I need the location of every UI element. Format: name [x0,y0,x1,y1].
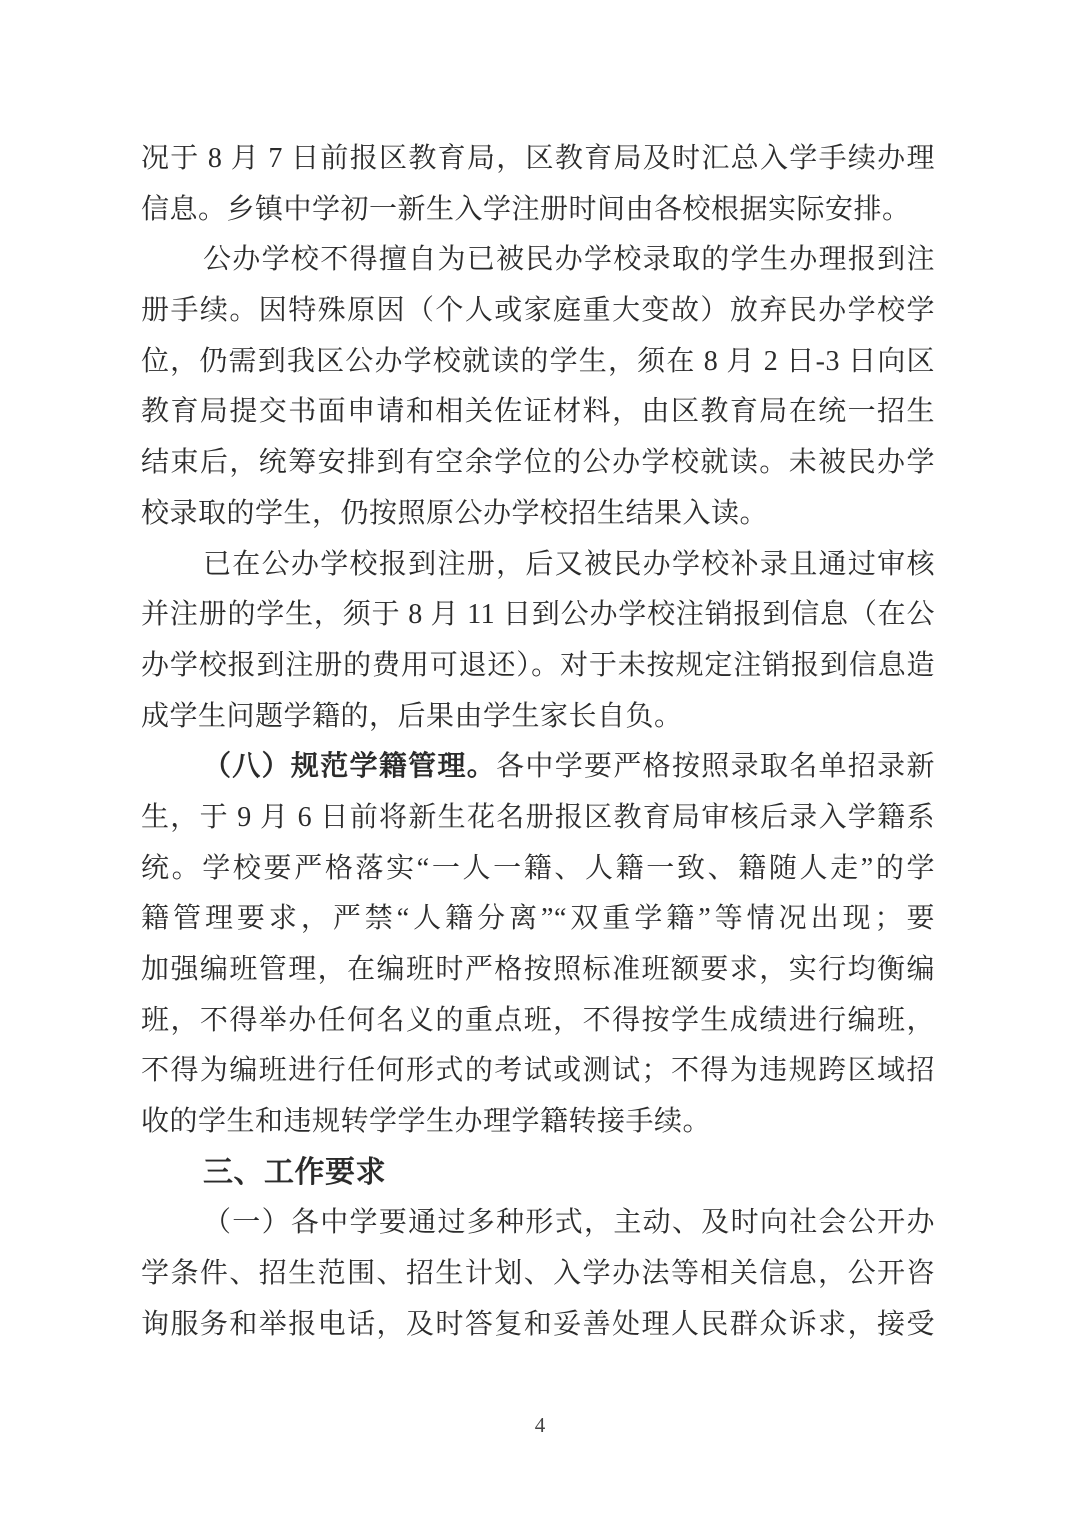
text-line: （八）规范学籍管理。各中学要严格按照录取名单招录新 [141,742,935,793]
text-run: 公办学校不得擅自为已被民办学校录取的学生办理报到注 [203,244,935,275]
text-run: 不得为编班进行任何形式的考试或测试；不得为违规跨区域招 [141,1055,935,1086]
text-line: 位，仍需到我区公办学校就读的学生，须在 8 月 2 日-3 日向区 [141,337,935,388]
text-line: 询服务和举报电话，及时答复和妥善处理人民群众诉求，接受 [141,1300,935,1351]
text-line: 学条件、招生范围、招生计划、入学办法等相关信息，公开咨 [141,1249,935,1300]
text-line: （一）各中学要通过多种形式，主动、及时向社会公开办 [141,1198,935,1249]
text-line: 况于 8 月 7 日前报区教育局，区教育局及时汇总入学手续办理 [141,134,935,185]
text-line: 并注册的学生，须于 8 月 11 日到公办学校注销报到信息（在公 [141,590,935,641]
text-line: 班，不得举办任何名义的重点班，不得按学生成绩进行编班， [141,996,935,1047]
text-line: 籍管理要求，严禁“人籍分离”“双重学籍”等情况出现；要 [141,894,935,945]
text-line: 册手续。因特殊原因（个人或家庭重大变故）放弃民办学校学 [141,286,935,337]
text-line: 结束后，统筹安排到有空余学位的公办学校就读。未被民办学 [141,438,935,489]
text-run: 位，仍需到我区公办学校就读的学生，须在 8 月 2 日-3 日向区 [141,346,935,377]
document-page: 况于 8 月 7 日前报区教育局，区教育局及时汇总入学手续办理信息。乡镇中学初一… [0,0,1080,1527]
text-line: 教育局提交书面申请和相关佐证材料，由区教育局在统一招生 [141,387,935,438]
document-body: 况于 8 月 7 日前报区教育局，区教育局及时汇总入学手续办理信息。乡镇中学初一… [141,134,935,1351]
text-run: 成学生问题学籍的，后果由学生家长自负。 [141,701,683,732]
text-line: 校录取的学生，仍按照原公办学校招生结果入读。 [141,489,935,540]
text-run: 办学校报到注册的费用可退还）。对于未按规定注销报到信息造 [141,650,935,681]
text-run: 籍管理要求，严禁“人籍分离”“双重学籍”等情况出现；要 [141,903,935,934]
text-run: 校录取的学生，仍按照原公办学校招生结果入读。 [141,498,768,529]
text-line: 信息。乡镇中学初一新生入学注册时间由各校根据实际安排。 [141,185,935,236]
text-run: 班，不得举办任何名义的重点班，不得按学生成绩进行编班， [141,1005,935,1036]
text-run: 统。学校要严格落实“一人一籍、人籍一致、籍随人走”的学 [141,853,935,884]
text-line: 统。学校要严格落实“一人一籍、人籍一致、籍随人走”的学 [141,844,935,895]
text-line: 生，于 9 月 6 日前将新生花名册报区教育局审核后录入学籍系 [141,793,935,844]
text-line: 不得为编班进行任何形式的考试或测试；不得为违规跨区域招 [141,1046,935,1097]
text-run: 询服务和举报电话，及时答复和妥善处理人民群众诉求，接受 [141,1309,935,1340]
text-run: 结束后，统筹安排到有空余学位的公办学校就读。未被民办学 [141,447,935,478]
text-run: 并注册的学生，须于 8 月 11 日到公办学校注销报到信息（在公 [141,599,935,630]
text-run: 加强编班管理，在编班时严格按照标准班额要求，实行均衡编 [141,954,935,985]
text-run-bold: （八）规范学籍管理。 [203,751,496,782]
page-number: 4 [0,1412,1080,1438]
text-run: 已在公办学校报到注册，后又被民办学校补录且通过审核 [203,549,935,580]
text-run-bold: 三、工作要求 [203,1156,386,1189]
text-line: 加强编班管理，在编班时严格按照标准班额要求，实行均衡编 [141,945,935,996]
section-heading: 三、工作要求 [141,1148,935,1199]
text-line: 收的学生和违规转学学生办理学籍转接手续。 [141,1097,935,1148]
text-run: （一）各中学要通过多种形式，主动、及时向社会公开办 [203,1207,935,1238]
text-run: 各中学要严格按照录取名单招录新 [496,751,935,782]
text-run: 况于 8 月 7 日前报区教育局，区教育局及时汇总入学手续办理 [141,143,935,174]
text-run: 册手续。因特殊原因（个人或家庭重大变故）放弃民办学校学 [141,295,935,326]
text-run: 学条件、招生范围、招生计划、入学办法等相关信息，公开咨 [141,1258,935,1289]
text-run: 教育局提交书面申请和相关佐证材料，由区教育局在统一招生 [141,396,935,427]
text-run: 信息。乡镇中学初一新生入学注册时间由各校根据实际安排。 [141,194,911,225]
text-line: 成学生问题学籍的，后果由学生家长自负。 [141,692,935,743]
text-line: 公办学校不得擅自为已被民办学校录取的学生办理报到注 [141,235,935,286]
text-line: 办学校报到注册的费用可退还）。对于未按规定注销报到信息造 [141,641,935,692]
text-run: 生，于 9 月 6 日前将新生花名册报区教育局审核后录入学籍系 [141,802,935,833]
text-run: 收的学生和违规转学学生办理学籍转接手续。 [141,1106,711,1137]
text-line: 已在公办学校报到注册，后又被民办学校补录且通过审核 [141,540,935,591]
